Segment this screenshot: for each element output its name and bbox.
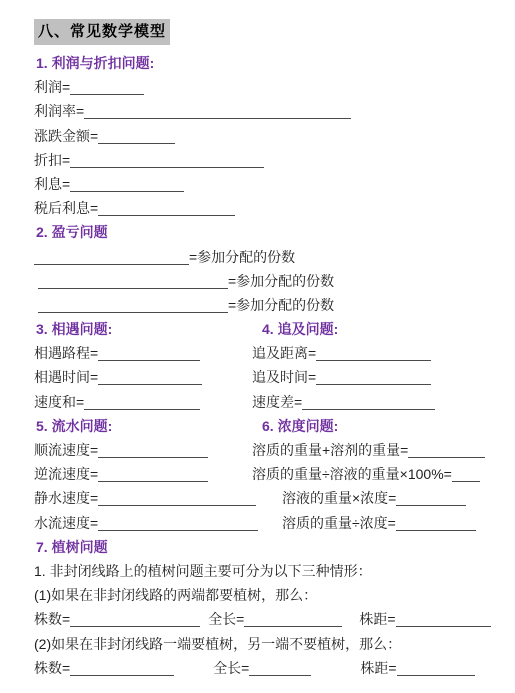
section-3-heading: 3. 相遇问题: [36, 321, 112, 337]
blank-line [98, 345, 200, 361]
section-4-heading: 4. 追及问题: [262, 321, 338, 337]
formula-label: 株距= [360, 660, 396, 676]
blank-line [98, 369, 202, 385]
left-column: 速度和= [34, 390, 252, 414]
formula-row: 顺流速度= 溶质的重量+溶剂的重量= [34, 438, 515, 462]
blank-line [98, 442, 208, 458]
blank-line [84, 103, 351, 119]
right-column: 6. 浓度问题: [252, 414, 338, 438]
right-column: 溶质的重量÷浓度= [252, 511, 476, 535]
blank-line [396, 611, 491, 627]
formula-label: 利润率= [34, 103, 84, 119]
blank-line [70, 176, 184, 192]
left-column: 3. 相遇问题: [34, 317, 252, 341]
section-7-heading: 7. 植树问题 [36, 535, 515, 559]
formula-label: 株距= [359, 611, 395, 627]
formula-label: 溶质的重量+溶剂的重量= [252, 442, 408, 458]
blank-line [70, 152, 264, 168]
formula-label: 顺流速度= [34, 442, 98, 458]
formula-row: 相遇时间= 追及时间= [34, 365, 515, 389]
formula-row: 水流速度= 溶质的重量÷浓度= [34, 511, 515, 535]
blank-line [452, 466, 480, 482]
right-column: 追及距离= [252, 341, 431, 365]
formula-label: 利润= [34, 79, 70, 95]
blank-line [408, 442, 485, 458]
formula-suffix: =参加分配的份数 [228, 273, 334, 289]
blank-line [70, 79, 144, 95]
section-2-heading: 2. 盈亏问题 [36, 220, 515, 244]
formula-row: 相遇路程= 追及距离= [34, 341, 515, 365]
formula-row: 静水速度= 溶液的重量×浓度= [34, 486, 515, 510]
formula-row: 逆流速度= 溶质的重量÷溶液的重量×100%= [34, 462, 515, 486]
formula-line-profit-rate: 利润率= [34, 99, 515, 123]
formula-label: 溶质的重量÷浓度= [282, 515, 396, 531]
blank-line [70, 660, 174, 676]
blank-line [38, 273, 228, 289]
right-column: 溶质的重量÷溶液的重量×100%= [252, 462, 480, 486]
formula-label: 利息= [34, 176, 70, 192]
formula-line-shares-2: =参加分配的份数 [34, 269, 515, 293]
blank-line [84, 394, 200, 410]
tree-formula-row-1: 株数=全长=株距= [34, 607, 515, 631]
blank-line [98, 515, 258, 531]
blank-line [302, 394, 435, 410]
formula-label: 株数= [34, 611, 70, 627]
blank-line [396, 490, 466, 506]
section-3-4-heading-row: 3. 相遇问题: 4. 追及问题: [34, 317, 515, 341]
blank-line [70, 611, 200, 627]
left-column: 逆流速度= [34, 462, 252, 486]
formula-label: 相遇路程= [34, 345, 98, 361]
blank-line [98, 200, 235, 216]
formula-line-after-tax-interest: 税后利息= [34, 196, 515, 220]
tree-intro-text: 1. 非封闭线路上的植树问题主要可分为以下三种情形： [34, 559, 515, 583]
blank-line [98, 466, 208, 482]
formula-line-shares-1: =参加分配的份数 [34, 245, 515, 269]
document-page: 八、常见数学模型 1. 利润与折扣问题: 利润= 利润率= 涨跌金额= 折扣= … [0, 0, 515, 680]
left-column: 相遇时间= [34, 365, 252, 389]
formula-suffix: =参加分配的份数 [189, 249, 295, 265]
formula-label: 涨跌金额= [34, 128, 98, 144]
left-column: 水流速度= [34, 511, 252, 535]
formula-label: 全长= [213, 660, 249, 676]
formula-label: 株数= [34, 660, 70, 676]
section-1-heading: 1. 利润与折扣问题: [36, 51, 515, 75]
left-column: 5. 流水问题: [34, 414, 252, 438]
formula-label: 相遇时间= [34, 369, 98, 385]
blank-line [249, 660, 311, 676]
formula-line-shares-3: =参加分配的份数 [34, 293, 515, 317]
formula-label: 全长= [208, 611, 244, 627]
blank-line [34, 249, 189, 265]
formula-label: 追及距离= [252, 345, 316, 361]
formula-label: 追及时间= [252, 369, 316, 385]
blank-line [98, 490, 256, 506]
left-column: 相遇路程= [34, 341, 252, 365]
blank-line [98, 128, 175, 144]
right-column: 速度差= [252, 390, 435, 414]
right-column: 追及时间= [252, 365, 431, 389]
formula-label: 溶质的重量÷溶液的重量×100%= [252, 466, 452, 482]
formula-label: 逆流速度= [34, 466, 98, 482]
formula-line-interest: 利息= [34, 172, 515, 196]
left-column: 静水速度= [34, 486, 252, 510]
formula-label: 水流速度= [34, 515, 98, 531]
blank-line [316, 345, 431, 361]
formula-row: 速度和= 速度差= [34, 390, 515, 414]
formula-label: 静水速度= [34, 490, 98, 506]
formula-line-price-change: 涨跌金额= [34, 124, 515, 148]
blank-line [316, 369, 431, 385]
section-5-6-heading-row: 5. 流水问题: 6. 浓度问题: [34, 414, 515, 438]
blank-line [38, 297, 228, 313]
formula-line-profit: 利润= [34, 75, 515, 99]
formula-label: 速度差= [252, 394, 302, 410]
tree-case-2-text: (2)如果在非封闭线路一端要植树，另一端不要植树，那么： [34, 632, 515, 656]
right-column: 溶液的重量×浓度= [252, 486, 466, 510]
formula-label: 折扣= [34, 152, 70, 168]
section-5-heading: 5. 流水问题: [36, 418, 112, 434]
tree-formula-row-2: 株数=全长=株距= [34, 656, 515, 680]
blank-line [397, 660, 475, 676]
formula-label: 溶液的重量×浓度= [282, 490, 396, 506]
formula-label: 速度和= [34, 394, 84, 410]
formula-label: 税后利息= [34, 200, 98, 216]
formula-line-discount: 折扣= [34, 148, 515, 172]
blank-line [396, 515, 476, 531]
left-column: 顺流速度= [34, 438, 252, 462]
right-column: 溶质的重量+溶剂的重量= [252, 438, 485, 462]
page-title: 八、常见数学模型 [34, 19, 170, 45]
section-6-heading: 6. 浓度问题: [262, 418, 338, 434]
tree-case-1-text: (1)如果在非封闭线路的两端都要植树，那么： [34, 583, 515, 607]
formula-suffix: =参加分配的份数 [228, 297, 334, 313]
right-column: 4. 追及问题: [252, 317, 338, 341]
blank-line [244, 611, 342, 627]
